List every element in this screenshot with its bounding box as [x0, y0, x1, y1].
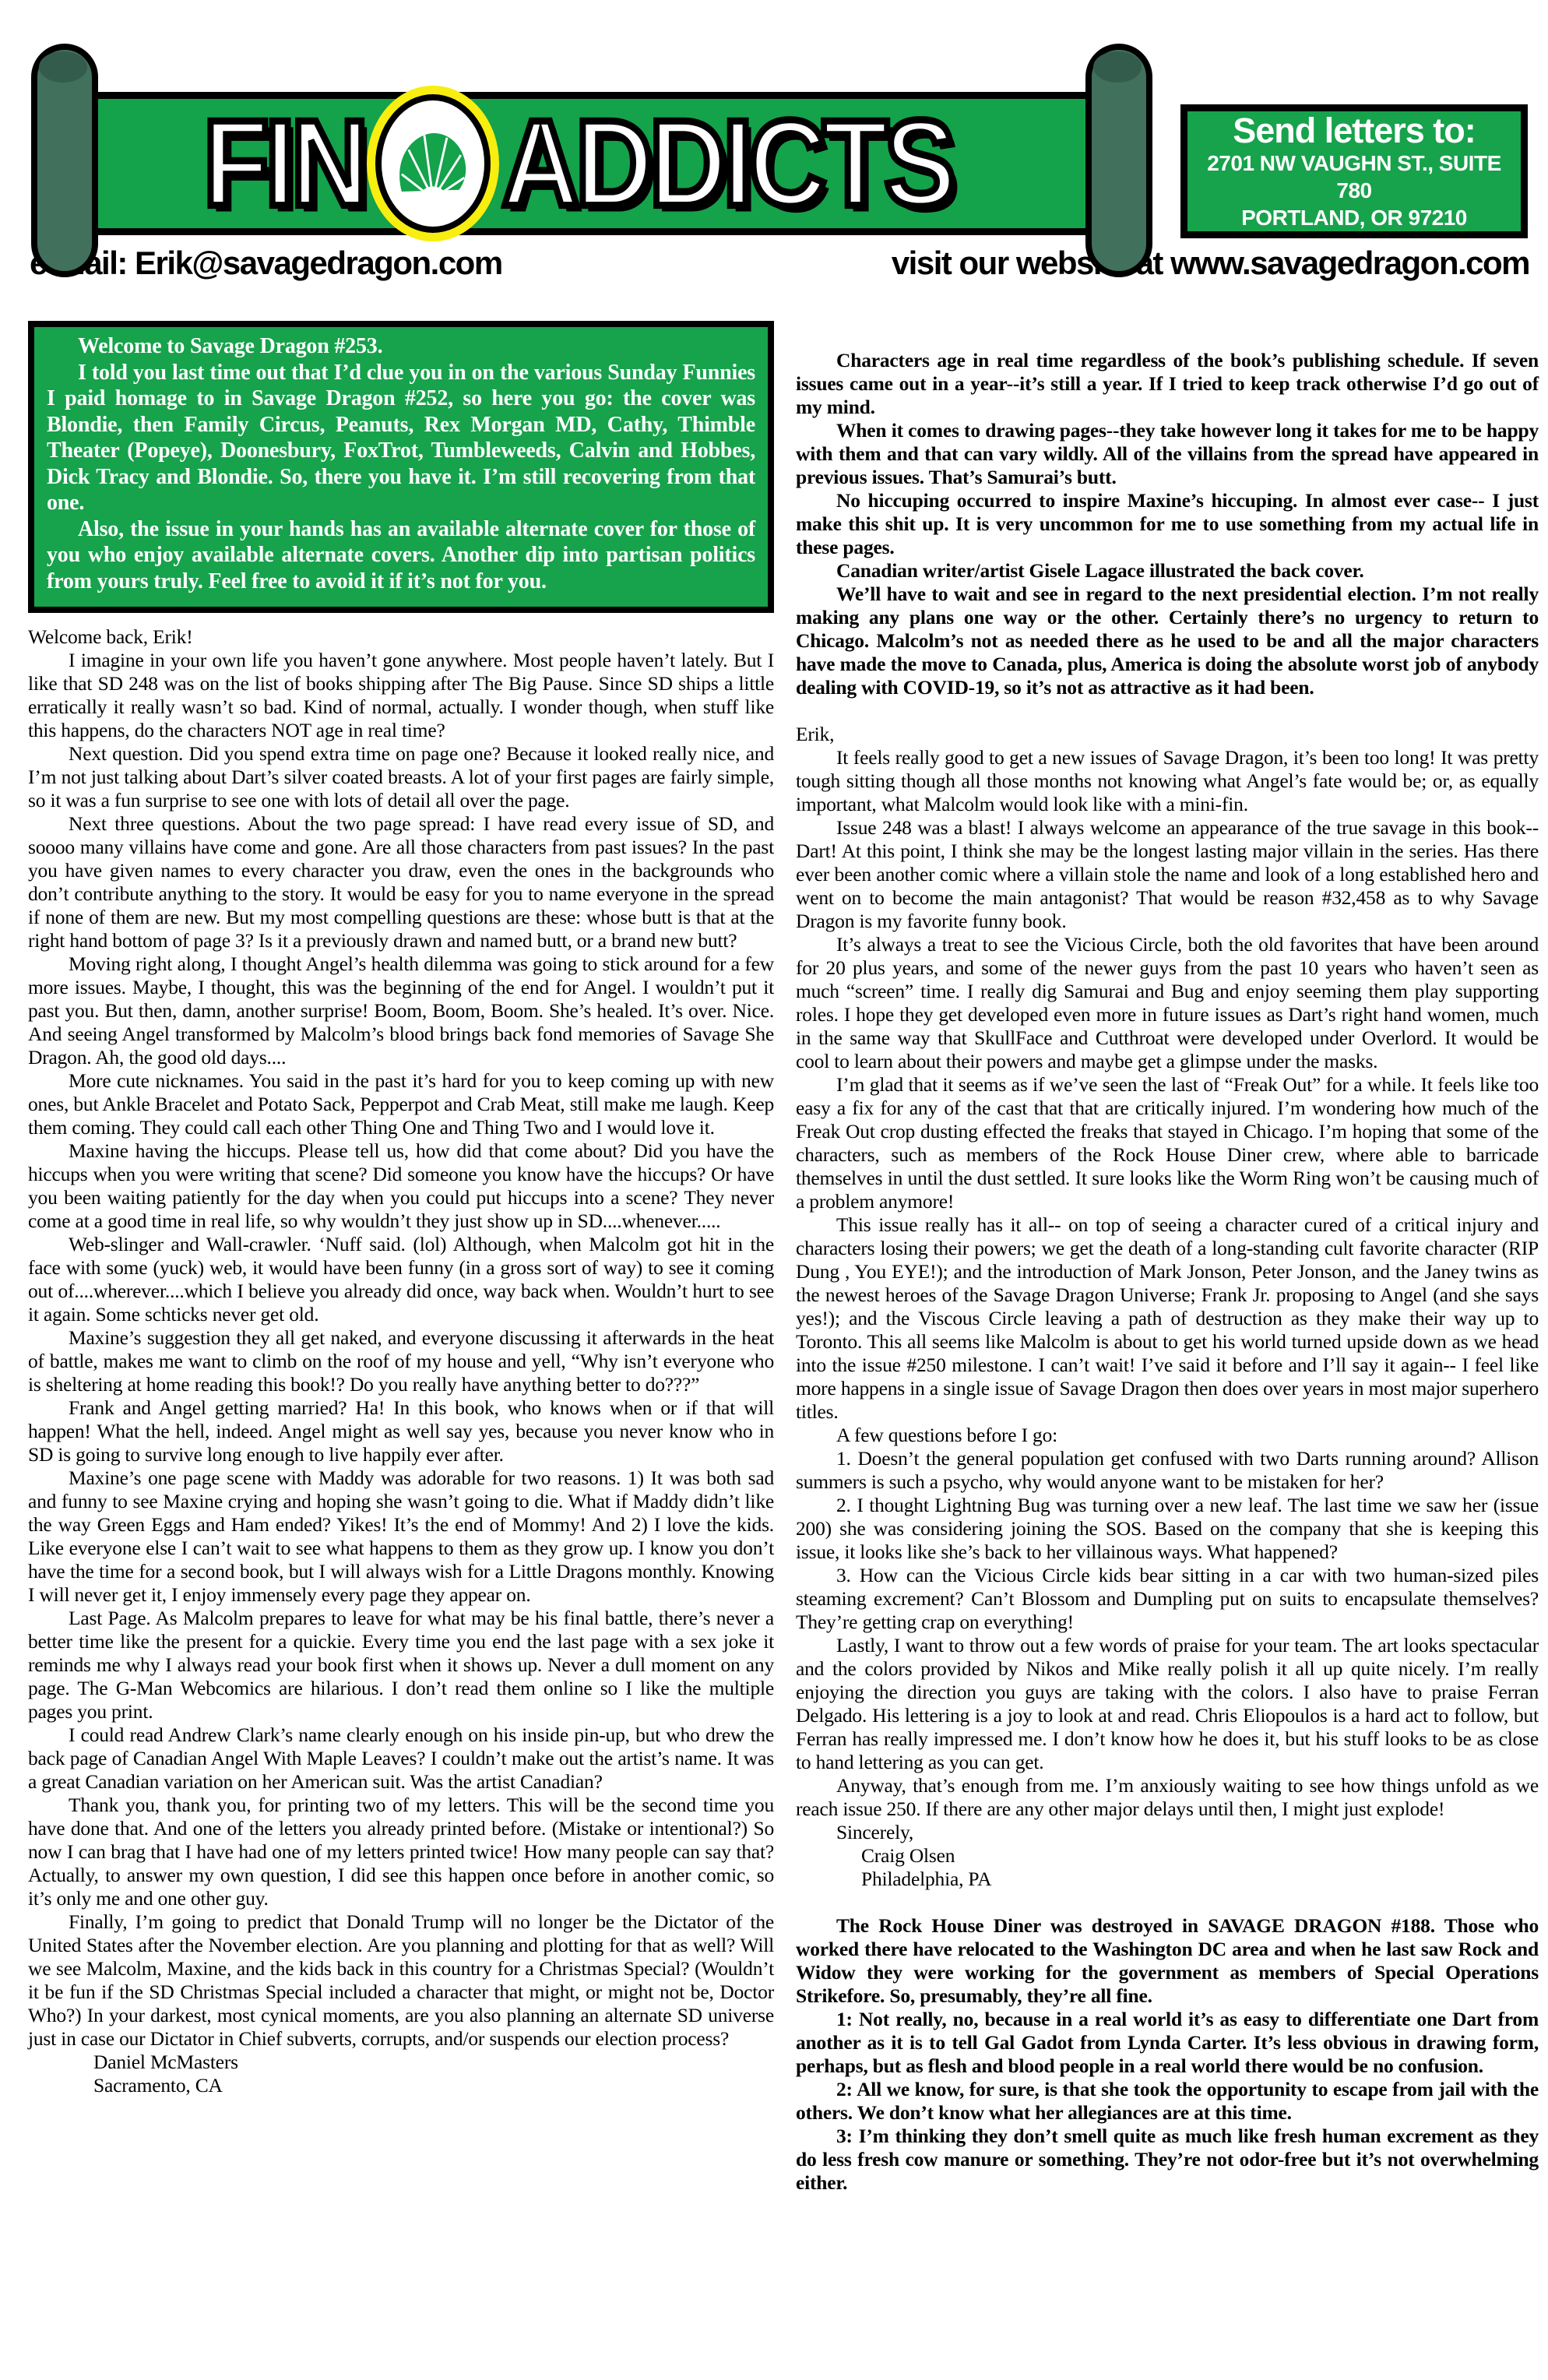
letter-paragraph: Issue 248 was a blast! I always welcome … [796, 816, 1539, 933]
editor-paragraph: Welcome to Savage Dragon #253. [47, 333, 755, 360]
page: { "colors": { "banner_green": "#14A24B",… [0, 0, 1548, 2380]
letter-paragraph: A few questions before I go: [796, 1424, 1539, 1447]
letter-paragraph: Maxine having the hiccups. Please tell u… [28, 1139, 774, 1233]
letter-paragraph: Frank and Angel getting married? Ha! In … [28, 1396, 774, 1466]
letter-paragraph: Sincerely, [796, 1821, 1539, 1844]
letter-paragraph: Finally, I’m going to predict that Donal… [28, 1910, 774, 2051]
editor-paragraph: I told you last time out that I’d clue y… [47, 360, 755, 516]
left-column: Welcome to Savage Dragon #253.I told you… [28, 321, 774, 2097]
letter-paragraph: Characters age in real time regardless o… [796, 349, 1539, 419]
logo-word-fin: FIN [203, 102, 364, 224]
letter-paragraph: More cute nicknames. You said in the pas… [28, 1069, 774, 1139]
letter-paragraph: Maxine’s one page scene with Maddy was a… [28, 1466, 774, 1607]
logo-word-addicts: ADDICTS [501, 102, 952, 224]
letter-paragraph: Last Page. As Malcolm prepares to leave … [28, 1607, 774, 1723]
letter-paragraph: It’s always a treat to see the Vicious C… [796, 933, 1539, 1073]
letter-paragraph: Next three questions. About the two page… [28, 812, 774, 952]
editor-paragraph: Also, the issue in your hands has an ava… [47, 516, 755, 595]
letter-paragraph: It feels really good to get a new issues… [796, 746, 1539, 816]
letter-paragraph: Maxine’s suggestion they all get naked, … [28, 1326, 774, 1396]
scroll-roll-right-icon [1085, 44, 1152, 277]
letter-paragraph: Moving right along, I thought Angel’s he… [28, 952, 774, 1069]
fin-addicts-logo-banner: FIN ADDICTS [61, 92, 1095, 235]
scroll-roll-left-icon [31, 44, 98, 277]
right-column: Characters age in real time regardless o… [796, 321, 1539, 2195]
reader-letter-text: Welcome back, Erik!I imagine in your own… [28, 625, 774, 2097]
send-letters-box: Send letters to: 2701 NW VAUGHN ST., SUI… [1180, 104, 1528, 238]
letter-paragraph: Craig Olsen [796, 1844, 1539, 1868]
letter-paragraph: 1. Doesn’t the general population get co… [796, 1447, 1539, 1494]
letter-paragraph: Welcome back, Erik! [28, 625, 774, 649]
send-letters-address-line2: PORTLAND, OR 97210 [1241, 204, 1467, 231]
letter-paragraph: Next question. Did you spend extra time … [28, 742, 774, 812]
letter-paragraph: When it comes to drawing pages--they tak… [796, 419, 1539, 489]
dragon-fin-icon [375, 94, 491, 233]
letter-paragraph: Lastly, I want to throw out a few words … [796, 1634, 1539, 1774]
send-letters-address-line1: 2701 NW VAUGHN ST., SUITE 780 [1187, 150, 1521, 204]
letter-paragraph: Thank you, thank you, for printing two o… [28, 1794, 774, 1910]
letter-paragraph: Web-slinger and Wall-crawler. ‘Nuff said… [28, 1233, 774, 1326]
letter-paragraph: Canadian writer/artist Gisele Lagace ill… [796, 559, 1539, 583]
editor-note-box: Welcome to Savage Dragon #253.I told you… [28, 321, 774, 613]
letter-paragraph: Daniel McMasters [28, 2051, 774, 2074]
letter-paragraph: Anyway, that’s enough from me. I’m anxio… [796, 1774, 1539, 1821]
letter-paragraph: 2. I thought Lightning Bug was turning o… [796, 1494, 1539, 1564]
letter-paragraph: This issue really has it all-- on top of… [796, 1213, 1539, 1424]
letter-paragraph: 3: I’m thinking they don’t smell quite a… [796, 2125, 1539, 2195]
letter-paragraph: 1: Not really, no, because in a real wor… [796, 2008, 1539, 2078]
letter-paragraph: Erik, [796, 723, 1539, 746]
send-letters-title: Send letters to: [1233, 111, 1476, 150]
email-line: e-mail: Erik@savagedragon.com [30, 245, 502, 282]
letter-paragraph: 2: All we know, for sure, is that she to… [796, 2078, 1539, 2125]
letter-paragraph: I’m glad that it seems as if we’ve seen … [796, 1073, 1539, 1213]
letter-paragraph: Philadelphia, PA [796, 1868, 1539, 1891]
letter-paragraph: We’ll have to wait and see in regard to … [796, 583, 1539, 699]
letter-paragraph: 3. How can the Vicious Circle kids bear … [796, 1564, 1539, 1634]
website-line: visit our website at www.savagedragon.co… [892, 245, 1529, 282]
letter-paragraph: The Rock House Diner was destroyed in SA… [796, 1914, 1539, 2008]
letter-paragraph: I imagine in your own life you haven’t g… [28, 649, 774, 742]
letter-paragraph: Sacramento, CA [28, 2074, 774, 2097]
letter-paragraph: No hiccuping occurred to inspire Maxine’… [796, 489, 1539, 559]
letter-paragraph: I could read Andrew Clark’s name clearly… [28, 1723, 774, 1794]
